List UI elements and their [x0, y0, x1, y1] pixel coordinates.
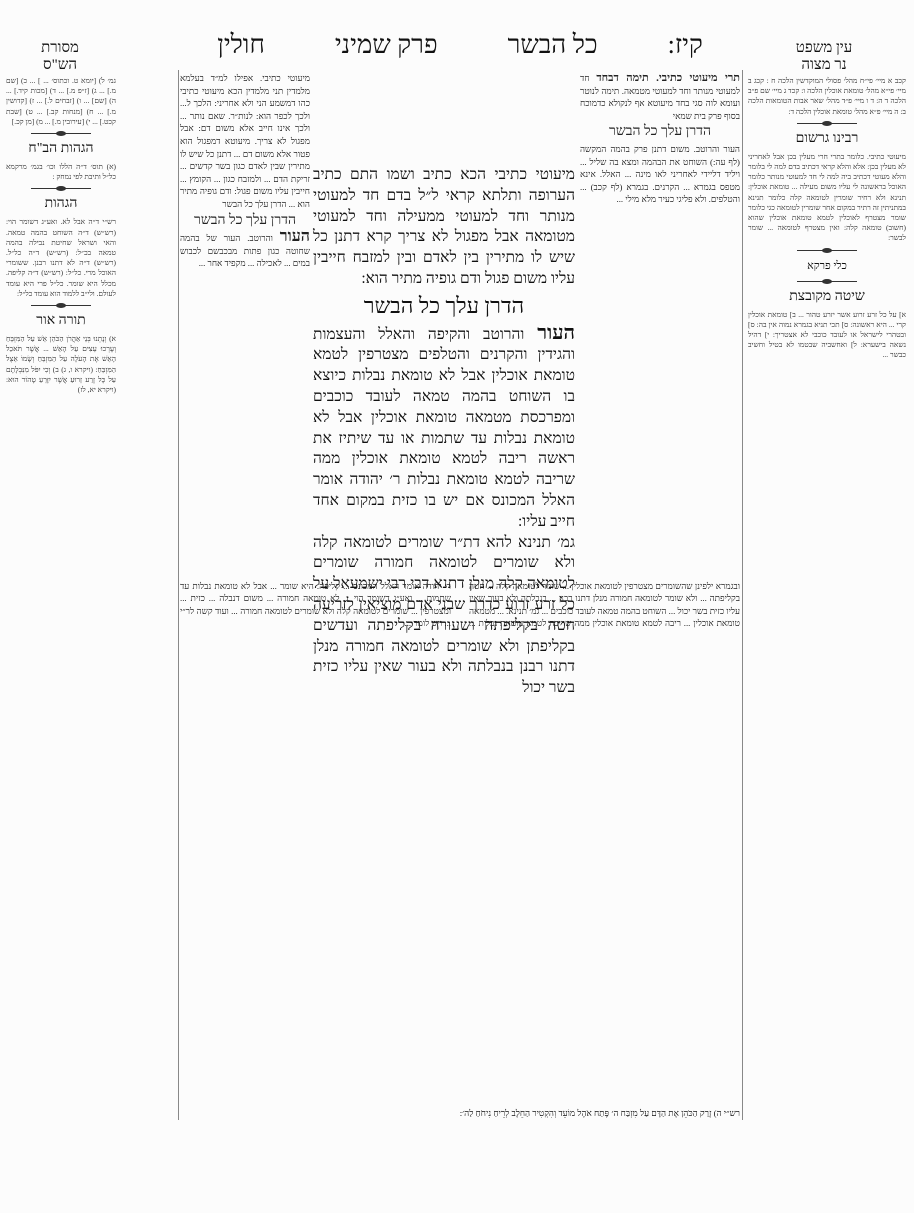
gemara-opening: מיעוטי כתיבי הכא כתיב ושמו התם כתיב הערו…: [313, 165, 575, 290]
ornament-divider-icon: [797, 250, 857, 251]
tosafot-top-text: תרי מיעוטי כתיבי. תימה דבחד חד למעוטי מנ…: [580, 72, 740, 122]
shita-mekubetzet-text: א] על כל זרע זרוע אשר יזרע טהור ... ב] ט…: [748, 310, 906, 361]
masoret-title: מסורת הש"ס: [10, 40, 110, 74]
rashi-mishnah-dh: העור: [280, 228, 310, 245]
tosafot-column: תרי מיעוטי כתיבי. תימה דבחד חד למעוטי מנ…: [580, 72, 740, 206]
mishnah-text: והרוטב והקיפה והאלל והעצמות והגידין והקר…: [313, 326, 575, 530]
right-margin: קכב א מיי׳ פי״ח מהל׳ פסולי המוקדשין הלכה…: [748, 76, 906, 361]
hagahot-bach-text: (א) תוס׳ ד״ה הללו וכו׳ בגמ׳ מרקמא כל״ל ו…: [6, 162, 116, 182]
rashi-hadran: הדרן עלך כל הבשר: [180, 215, 310, 228]
masoret-text: גמ׳ ל) [יומא ט. וכתוס׳ ... ] ... כ) [שם …: [6, 76, 116, 127]
shita-mekubetzet-title: שיטה מקובצת: [748, 288, 906, 306]
ornament-divider-icon: [797, 123, 857, 124]
ein-mishpat-title-line2: נר מצוה: [754, 57, 894, 74]
column-rule: [178, 70, 179, 1120]
perek-title: כלי פרקא: [748, 257, 906, 275]
rabbenu-gershom-text: מיעוטי כתיבי. כלומר בתרי חרי מעלין בכן א…: [748, 152, 906, 244]
masoret-title-line2: הש"ס: [10, 57, 110, 74]
hagahot-title: הגהות: [6, 195, 116, 213]
tosafot-body: העור והרוטב. משום דתנן פרק בהמה המקשה (ל…: [580, 143, 740, 206]
mishnah: העור והרוטב והקיפה והאלל והעצמות והגידין…: [313, 323, 575, 533]
ein-mishpat-title-line1: עין משפט: [754, 40, 894, 57]
torah-or-text: א) וְנָתְנוּ בְּנֵי אַהֲרֹן הַכֹּהֵן אֵש…: [6, 334, 116, 395]
chapter-name: כל הבשר: [508, 30, 598, 60]
masoret-title-line1: מסורת: [10, 40, 110, 57]
talmud-page: קיז: כל הבשר פרק שמיני חולין עין משפט נר…: [0, 0, 914, 1213]
left-margin: גמ׳ ל) [יומא ט. וכתוס׳ ... ] ... כ) [שם …: [6, 76, 116, 395]
rashi-body: מיעוטי כתיבי. אפילו למ״ד בעלמא מלמדין תנ…: [180, 72, 310, 211]
mishnah-first-word: העור: [537, 322, 575, 344]
ornament-divider-icon: [31, 133, 91, 134]
hagahot-text: רש״י ד״ה אבל לא. ואע״ג דשומר הוי: (רש״ש)…: [6, 217, 116, 299]
bottom-rashi-line: רש״י ה) זֶרַק הַכֹּהֵן אֶת הַדָּם עַל מִ…: [180, 1107, 740, 1119]
tosafot-hadran: הדרן עלך כל הבשר: [580, 126, 740, 139]
ein-mishpat-text: קכב א מיי׳ פי״ח מהל׳ פסולי המוקדשין הלכה…: [748, 76, 906, 117]
rashi-column: מיעוטי כתיבי. אפילו למ״ד בעלמא מלמדין תנ…: [180, 72, 310, 270]
ornament-divider-icon: [31, 188, 91, 189]
rabbenu-gershom-title: רבינו גרשום: [748, 130, 906, 148]
ein-mishpat-title: עין משפט נר מצוה: [754, 40, 894, 74]
column-rule: [742, 70, 743, 1120]
torah-or-title: תורה אור: [6, 312, 116, 330]
bottom-commentary: ובגמרא ילפינן שהשומרים מצטרפין לטומאת או…: [180, 580, 740, 1100]
page-number: קיז:: [668, 30, 703, 60]
ornament-divider-icon: [797, 281, 857, 282]
tractate-name: חולין: [217, 30, 265, 60]
hadran-title: הדרן עלך כל הבשר: [313, 296, 575, 317]
page-header: קיז: כל הבשר פרק שמיני חולין: [180, 30, 740, 60]
chapter-number: פרק שמיני: [335, 30, 438, 60]
ornament-divider-icon: [31, 305, 91, 306]
tosafot-dibbur-hamatchil: תרי מיעוטי כתיבי. תימה דבחד: [596, 72, 740, 84]
hagahot-bach-title: הגהות הב"ח: [6, 140, 116, 158]
